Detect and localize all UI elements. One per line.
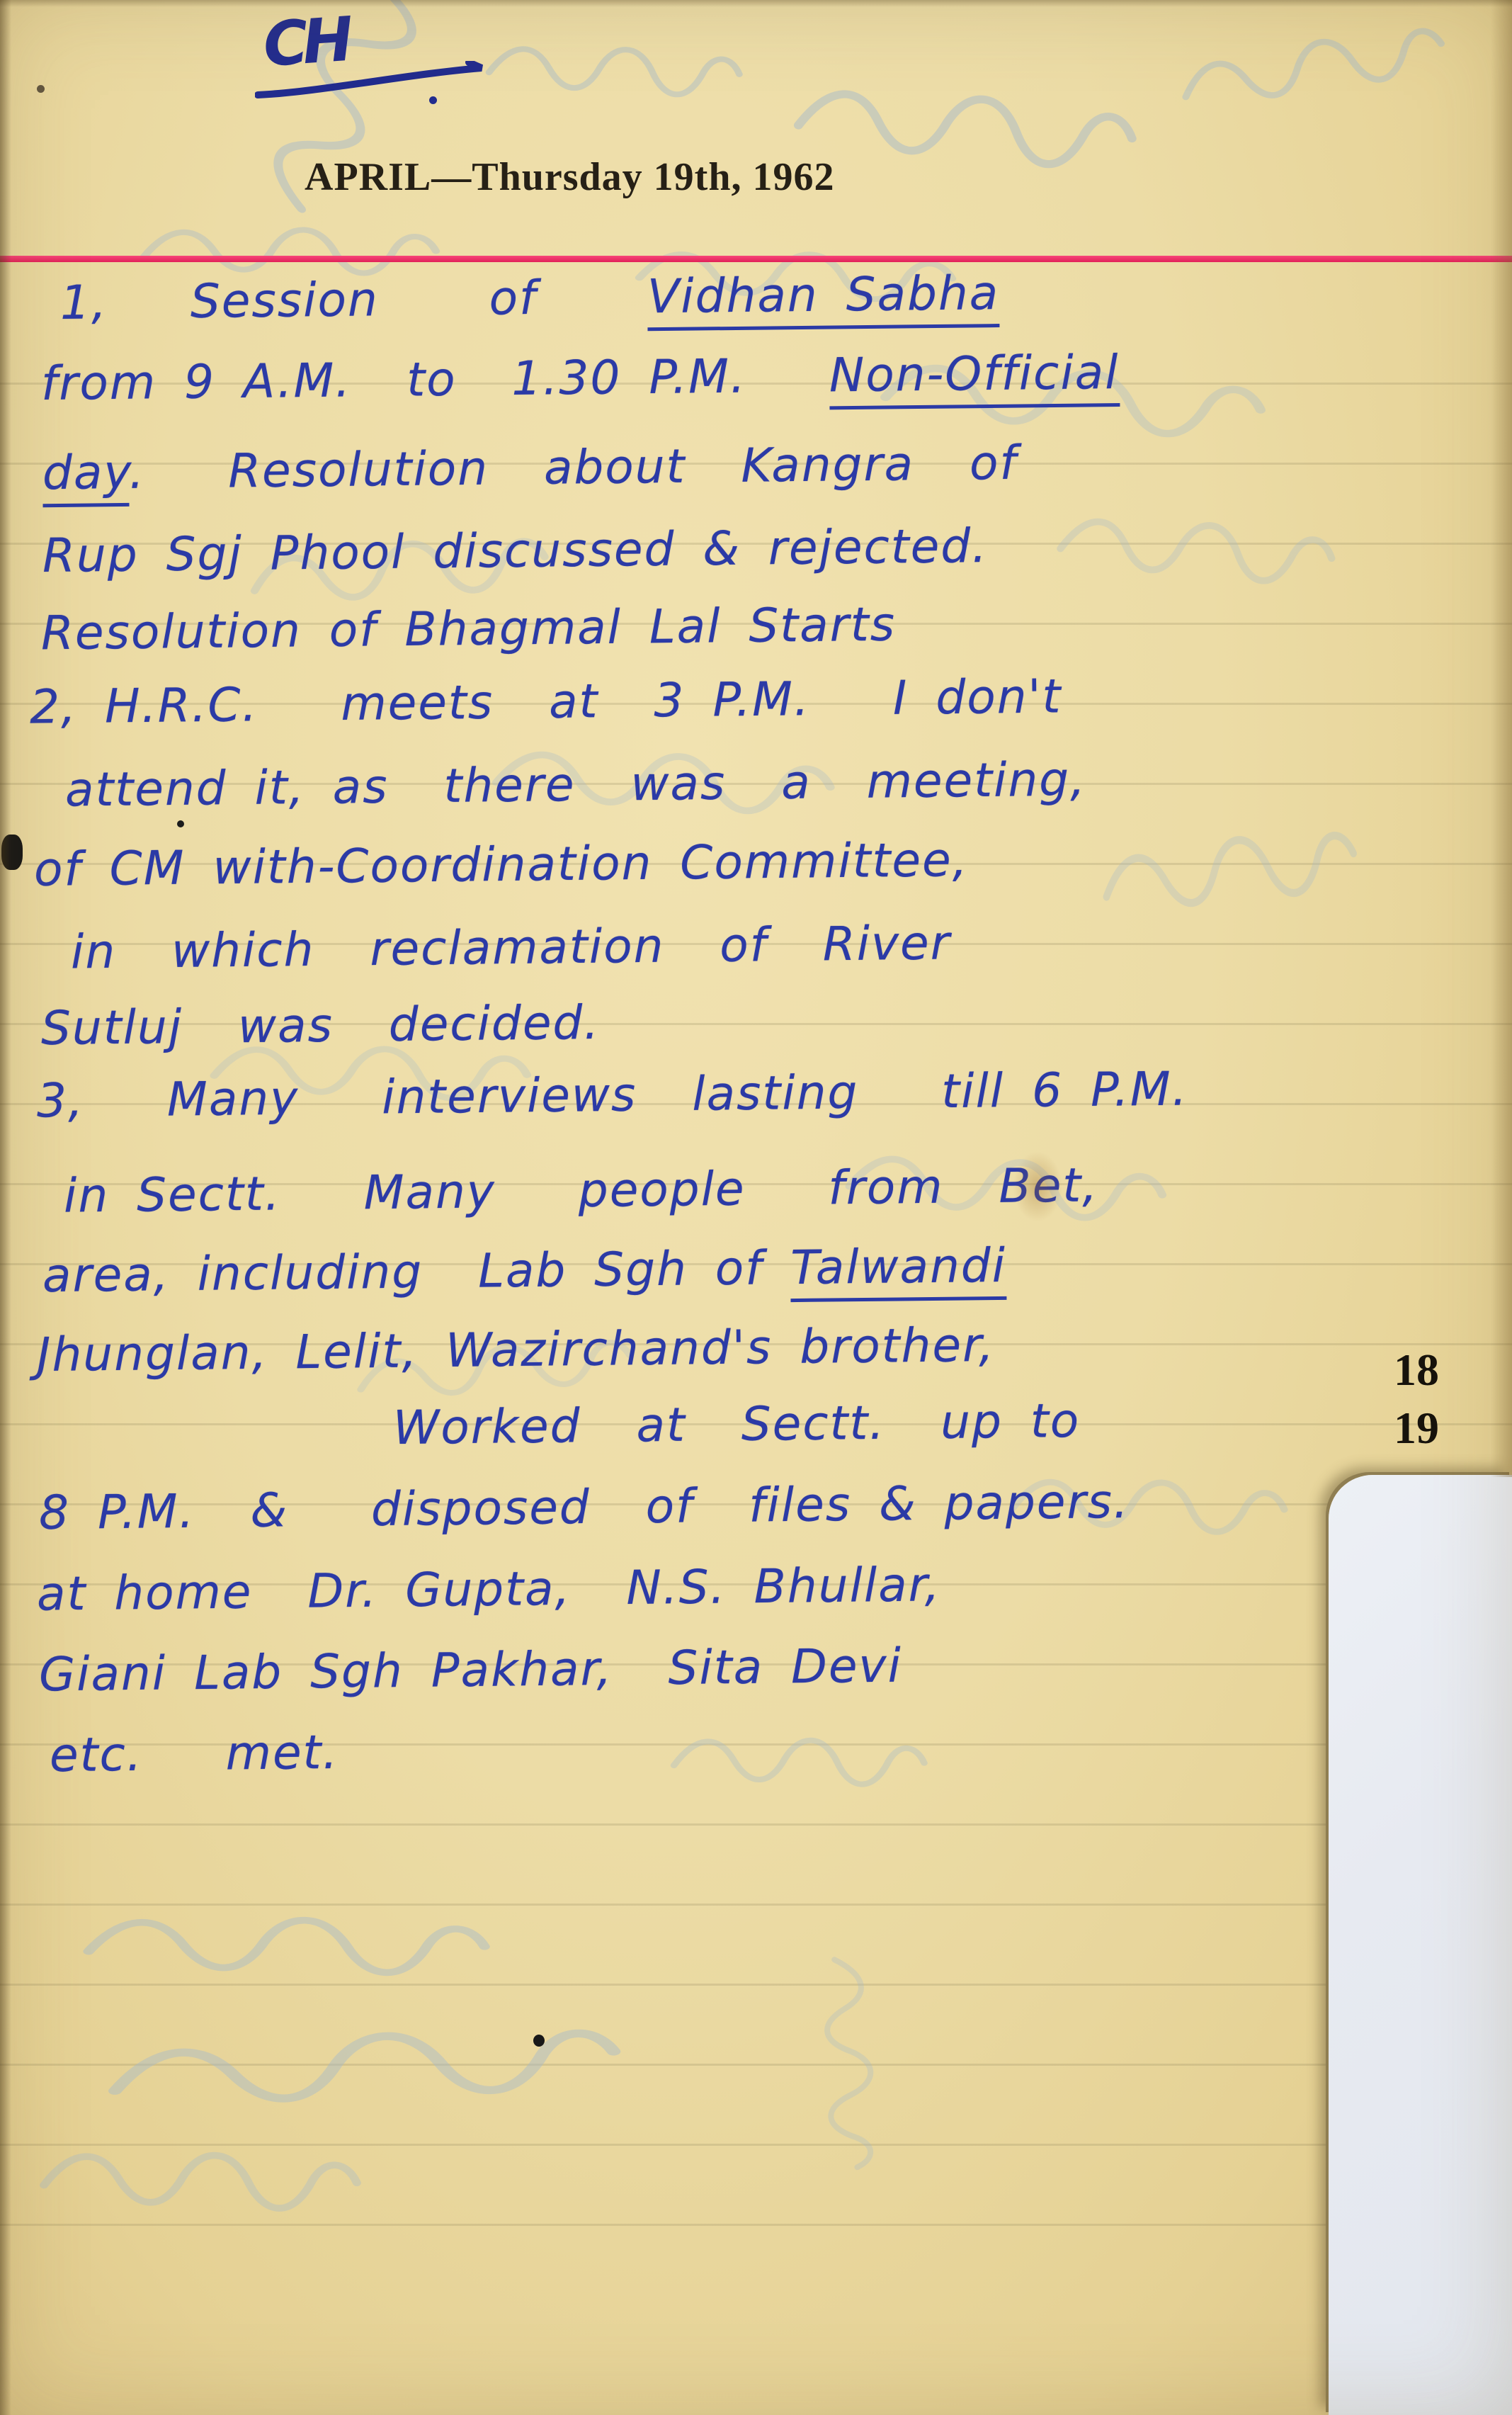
handwritten-line: attend it, as there was a meeting, [65,754,1087,816]
handwritten-underlined-text: Non-Official [829,345,1120,409]
handwritten-text: in which reclamation of River [71,915,952,979]
handwritten-text: area, including Lab Sgh of [42,1240,791,1303]
handwritten-text: Giani Lab Sgh Pakhar, Sita Devi [39,1639,903,1702]
handwritten-text: of CM with-Coordination Committee, [34,832,969,897]
scan-edge-shading [1491,0,1512,1477]
handwritten-line: Worked at Sectt. up to [393,1396,1081,1454]
handwritten-line: 1, Session of Vidhan Sabha [60,268,1000,329]
handwritten-text: 2, H.R.C. meets at 3 P.M. I don't [30,669,1062,734]
handwritten-text: attend it, as there was a meeting, [65,752,1087,817]
handwritten-line: Rup Sgj Phool discussed & rejected. [42,521,989,582]
handwritten-line: in Sectt. Many people from Bet, [64,1160,1099,1222]
handwritten-text: in Sectt. Many people from Bet, [64,1158,1099,1223]
handwritten-line: of CM with-Coordination Committee, [34,835,969,895]
paper-stain [1013,1151,1062,1222]
handwritten-text: at home Dr. Gupta, N.S. Bhullar, [37,1557,941,1621]
handwritten-text: etc. met. [50,1725,339,1782]
handwritten-line: Sutluj was decided. [41,997,601,1055]
handwritten-line: 2, H.R.C. meets at 3 P.M. I don't [30,671,1062,733]
handwritten-text: Jhunglan, Lelit, Wazirchand's brother, [37,1318,996,1382]
ink-speck [533,2035,545,2047]
handwritten-text: Worked at Sectt. up to [393,1393,1081,1455]
handwritten-underlined-text: Vidhan Sabha [647,266,1000,331]
scan-edge-shading [0,0,1512,7]
diary-page-scan: APRIL—Thursday 19th, 1962 CH 1, Session … [0,0,1512,2415]
handwritten-line: Resolution of Bhagmal Lal Starts [41,599,897,660]
handwriting-block: 1, Session of Vidhan Sabha from 9 A.M. t… [0,0,1512,2415]
handwritten-line: 3, Many interviews lasting till 6 P.M. [37,1063,1188,1127]
handwritten-text: . Resolution about Kangra of [129,436,1018,499]
handwritten-line: day. Resolution about Kangra of [42,438,1018,499]
page-number-18: 18 [1381,1347,1452,1393]
scan-edge-shading [0,0,11,2415]
handwritten-line: in which reclamation of River [71,917,952,978]
handwritten-underlined-text: day [42,445,130,507]
handwritten-text: Resolution of Bhagmal Lal Starts [41,597,897,661]
handwritten-text: Rup Sgj Phool discussed & rejected. [42,519,989,583]
handwritten-line: Jhunglan, Lelit, Wazirchand's brother, [37,1320,996,1381]
handwritten-text: Sutluj was decided. [41,995,601,1056]
handwritten-text: 1, Session of [60,269,648,330]
handwritten-line: from 9 A.M. to 1.30 P.M. Non-Official [41,347,1120,410]
handwritten-text: 3, Many interviews lasting till 6 P.M. [37,1061,1188,1128]
ink-speck [177,820,184,827]
handwritten-line: at home Dr. Gupta, N.S. Bhullar, [37,1559,941,1620]
handwritten-underlined-text: Talwandi [790,1238,1007,1302]
handwritten-line: 8 P.M. & disposed of files & papers. [39,1476,1130,1539]
handwritten-text: 8 P.M. & disposed of files & papers. [39,1474,1130,1540]
page-number-19: 19 [1381,1406,1452,1451]
handwritten-line: Giani Lab Sgh Pakhar, Sita Devi [39,1641,903,1701]
handwritten-line: etc. met. [50,1727,339,1782]
handwritten-line: area, including Lab Sgh of Talwandi [42,1240,1007,1302]
underlying-page [1329,1475,1512,2415]
ink-speck [37,85,45,93]
handwritten-text: from 9 A.M. to 1.30 P.M. [41,348,830,411]
